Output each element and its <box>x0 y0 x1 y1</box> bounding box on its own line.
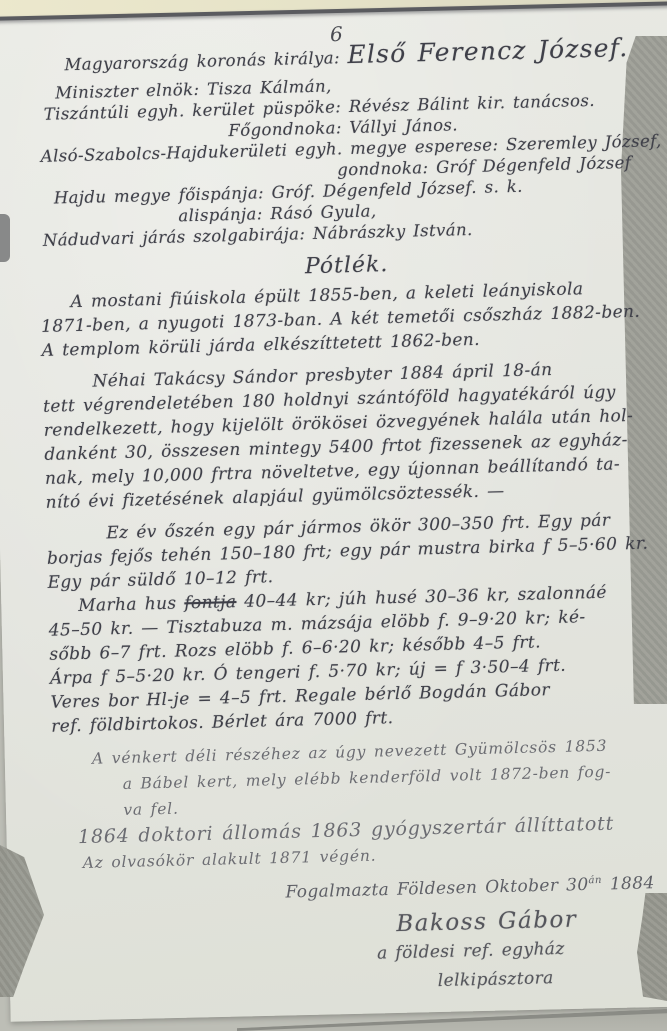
paragraph-schools: A mostani fiúiskola épült 1855-ben, a ke… <box>40 275 656 363</box>
line-part: Magyarország koronás királya: <box>64 48 348 74</box>
line-part: Első Ferencz József. <box>347 33 629 69</box>
paragraph-prices: Ez év őszén egy pár jármos ökör 300–350 … <box>46 507 665 738</box>
manuscript-text: Magyarország koronás királya: Első Feren… <box>34 30 667 1013</box>
signature-block: Bakoss Gábora földesi ref. egyházlelkipá… <box>56 903 667 1006</box>
line-part: Fogalmazta Földesen Oktober 30 <box>285 875 589 903</box>
struck-word: fontja <box>184 592 237 613</box>
scanned-document-page: 6 Magyarország koronás királya: Első Fer… <box>0 0 667 1031</box>
officials-section: Magyarország koronás királya: Első Feren… <box>34 30 653 250</box>
line-part: án <box>588 875 602 886</box>
paragraph-bequest: Néhai Takácsy Sándor presbyter 1884 ápri… <box>42 355 659 514</box>
pencil-notes: A vénkert déli részéhez az úgy nevezett … <box>52 731 667 876</box>
line-part: Marha hus <box>78 593 185 616</box>
ink-smudge-left <box>0 214 10 262</box>
line-part: 1884 <box>602 873 655 894</box>
